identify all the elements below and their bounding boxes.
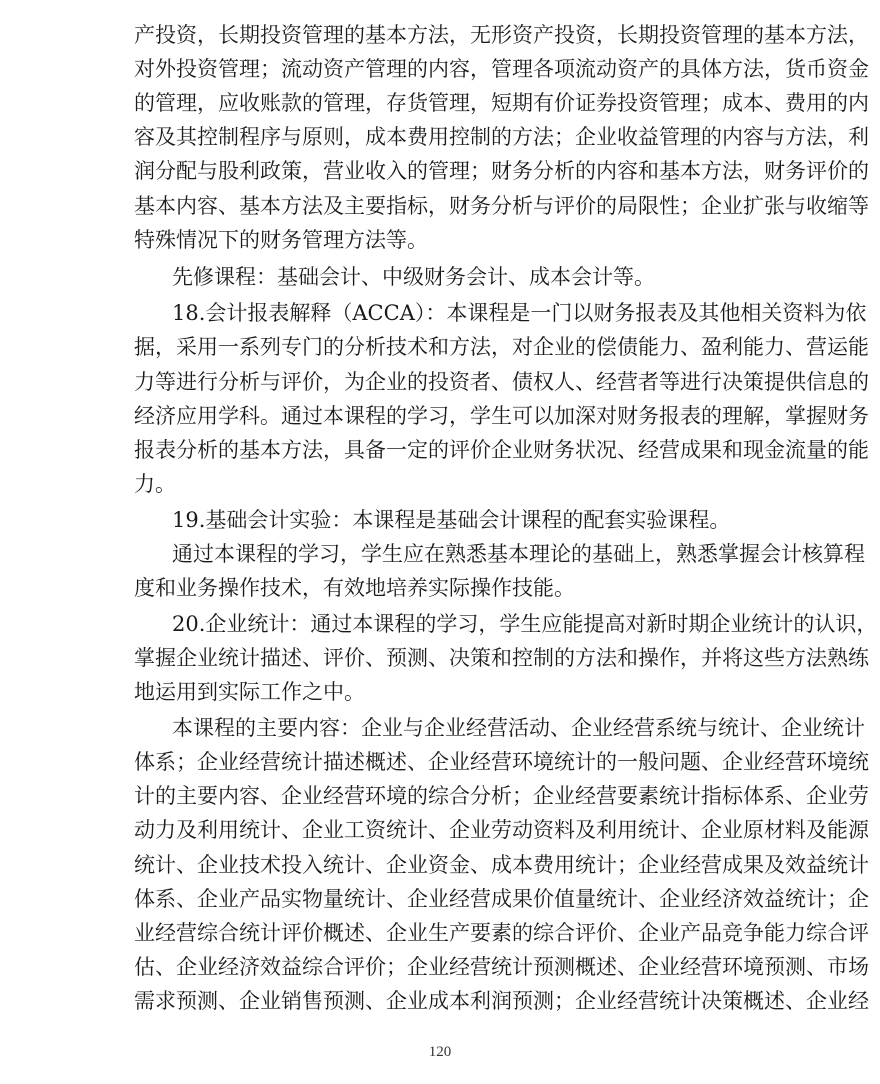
text-line: 统计、企业技术投入统计、企业资金、成本费用统计；企业经营成果及效益统计 [134, 850, 750, 880]
text-line: 先修课程：基础会计、中级财务会计、成本会计等。 [172, 262, 750, 292]
text-line: 动力及利用统计、企业工资统计、企业劳动资料及利用统计、企业原材料及能源 [134, 815, 750, 845]
text-line: 估、企业经济效益综合评价；企业经营统计预测概述、企业经营环境预测、市场 [134, 952, 750, 982]
text-line: 力等进行分析与评价，为企业的投资者、债权人、经营者等进行决策提供信息的 [134, 367, 750, 397]
text-line: 地运用到实际工作之中。 [134, 677, 750, 707]
text-line: 对外投资管理；流动资产管理的内容，管理各项流动资产的具体方法，货币资金 [134, 54, 750, 84]
text-line: 体系、企业产品实物量统计、企业经营成果价值量统计、企业经济效益统计；企 [134, 884, 750, 914]
text-line: 润分配与股利政策，营业收入的管理；财务分析的内容和基本方法，财务评价的 [134, 156, 750, 186]
text-line: 通过本课程的学习，学生应在熟悉基本理论的基础上，熟悉掌握会计核算程 [172, 539, 750, 569]
text-line: 经济应用学科。通过本课程的学习，学生可以加深对财务报表的理解，掌握财务 [134, 401, 750, 431]
text-line: 报表分析的基本方法，具备一定的评价企业财务状况、经营成果和现金流量的能 [134, 435, 750, 465]
text-line: 的管理，应收账款的管理，存货管理，短期有价证券投资管理；成本、费用的内 [134, 88, 750, 118]
text-line: 体系；企业经营统计描述概述、企业经营环境统计的一般问题、企业经营环境统 [134, 747, 750, 777]
text-line: 产投资，长期投资管理的基本方法，无形资产投资，长期投资管理的基本方法， [134, 20, 750, 50]
text-line: 19.基础会计实验：本课程是基础会计课程的配套实验课程。 [172, 505, 750, 535]
text-line: 力。 [134, 469, 750, 499]
text-line: 特殊情况下的财务管理方法等。 [134, 225, 750, 255]
page-number: 120 [0, 1044, 880, 1061]
text-line: 据，采用一系列专门的分析技术和方法，对企业的偿债能力、盈利能力、营运能 [134, 332, 750, 362]
document-page: 产投资，长期投资管理的基本方法，无形资产投资，长期投资管理的基本方法，对外投资管… [0, 0, 880, 1084]
text-line: 容及其控制程序与原则，成本费用控制的方法；企业收益管理的内容与方法，利 [134, 122, 750, 152]
text-line: 业经营综合统计评价概述、企业生产要素的综合评价、企业产品竞争能力综合评 [134, 918, 750, 948]
text-line: 掌握企业统计描述、评价、预测、决策和控制的方法和操作，并将这些方法熟练 [134, 643, 750, 673]
text-line: 20.企业统计：通过本课程的学习，学生应能提高对新时期企业统计的认识， [172, 609, 750, 639]
text-line: 需求预测、企业销售预测、企业成本利润预测；企业经营统计决策概述、企业经 [134, 986, 750, 1016]
text-line: 本课程的主要内容：企业与企业经营活动、企业经营系统与统计、企业统计 [172, 713, 750, 743]
text-line: 基本内容、基本方法及主要指标，财务分析与评价的局限性；企业扩张与收缩等 [134, 191, 750, 221]
text-line: 18.会计报表解释（ACCA）：本课程是一门以财务报表及其他相关资料为依 [172, 298, 750, 328]
text-line: 度和业务操作技术，有效地培养实际操作技能。 [134, 573, 750, 603]
text-line: 计的主要内容、企业经营环境的综合分析；企业经营要素统计指标体系、企业劳 [134, 781, 750, 811]
